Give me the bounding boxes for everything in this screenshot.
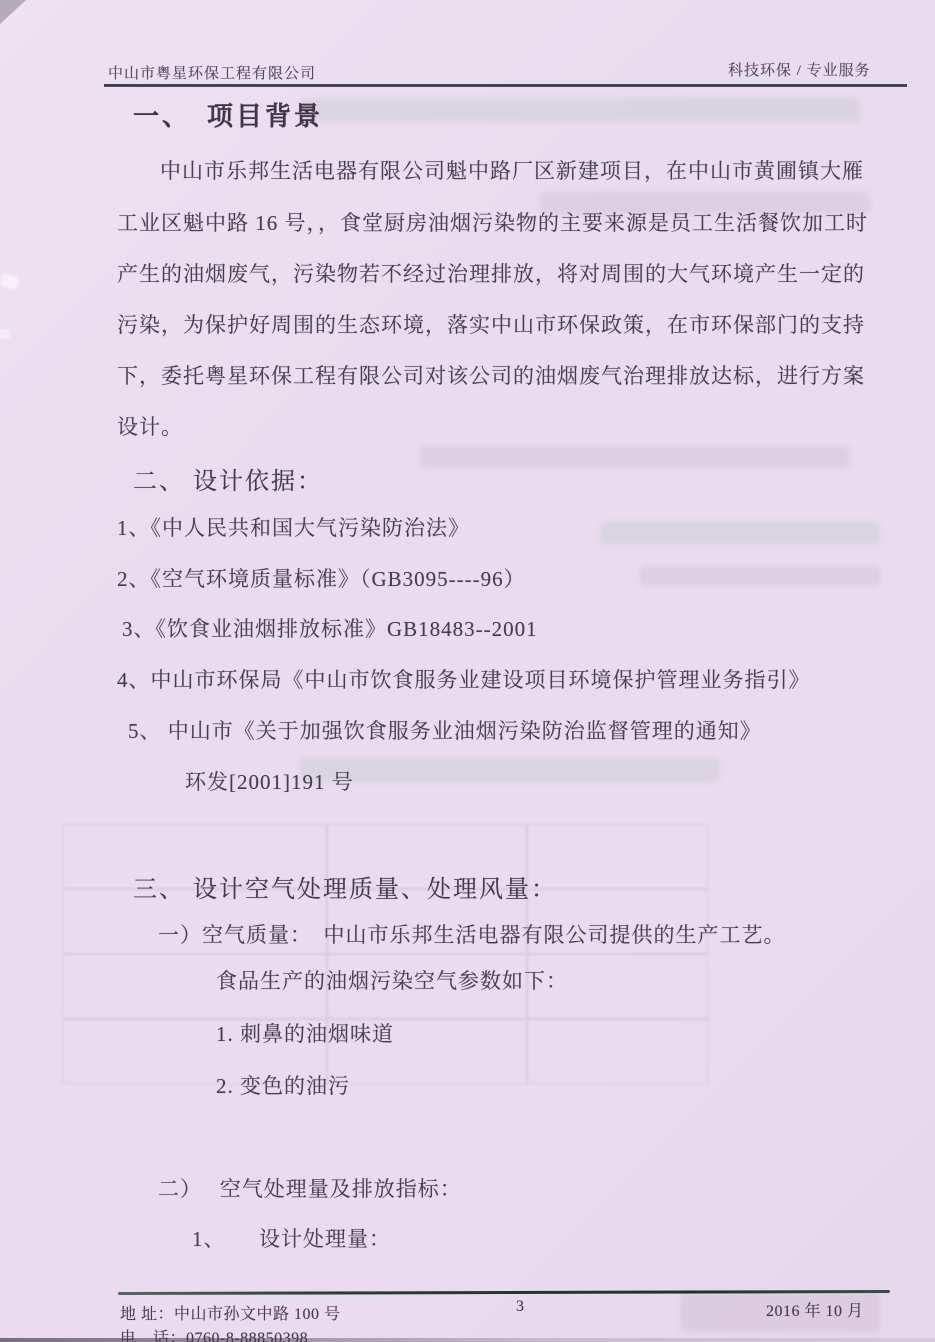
header-company: 中山市粤星环保工程有限公司: [108, 62, 316, 83]
section2-heading: 二、 设计依据：: [133, 461, 323, 496]
list-item: 1、《中人民共和国大气污染防治法》: [117, 512, 470, 542]
subsection-line: 一）空气质量： 中山市乐邦生活电器有限公司提供的生产工艺。: [158, 919, 786, 949]
section3-heading: 三、 设计空气处理质量、处理风量：: [133, 869, 557, 904]
scan-edge-mark: [0, 330, 9, 338]
scanned-document-page: 中山市粤星环保工程有限公司 科技环保 / 专业服务 一、 项目背景 中山市乐邦生…: [0, 0, 935, 1342]
page-number: 3: [516, 1298, 525, 1316]
section1-heading: 一、 项目背景: [133, 96, 323, 133]
paragraph-line: 下，委托粤星环保工程有限公司对该公司的油烟废气治理排放达标，进行方案: [117, 360, 865, 390]
bleedthrough-smudge: [640, 566, 880, 586]
header-divider: [104, 84, 907, 87]
subsection-line: 食品生产的油烟污染空气参数如下：: [216, 965, 568, 995]
header-tagline: 科技环保 / 专业服务: [728, 59, 871, 80]
bleedthrough-smudge: [600, 522, 880, 544]
paragraph-line: 污染，为保护好周围的生态环境，落实中山市环保政策，在市环保部门的支持: [117, 309, 865, 339]
footer-address: 地 址：中山市孙文中路 100 号: [120, 1301, 341, 1324]
paragraph-line: 中山市乐邦生活电器有限公司魁中路厂区新建项目，在中山市黄圃镇大雁: [160, 155, 864, 185]
bleedthrough-smudge: [300, 98, 860, 122]
list-item-continuation: 环发[2001]191 号: [185, 766, 354, 796]
scan-edge-mark: [1, 274, 19, 289]
list-item: 5、 中山市《关于加强饮食服务业油烟污染防治监督管理的通知》: [128, 715, 762, 745]
paragraph-line: 产生的油烟废气，污染物若不经过治理排放，将对周围的大气环境产生一定的: [117, 258, 865, 288]
footer-date: 2016 年 10 月: [766, 1298, 864, 1321]
list-item: 2. 变色的油污: [216, 1070, 350, 1100]
subsection-line: 1、 设计处理量：: [192, 1223, 391, 1253]
list-item: 4、中山市环保局《中山市饮食服务业建设项目环境保护管理业务指引》: [117, 664, 811, 694]
scan-corner-fold: [0, 0, 26, 24]
footer-phone: 电 话：0760-8-88850398: [120, 1325, 308, 1342]
subsection-line: 二） 空气处理量及排放指标：: [158, 1173, 462, 1203]
list-item: 1. 刺鼻的油烟味道: [216, 1018, 394, 1048]
list-item: 3、《饮食业油烟排放标准》GB18483--2001: [122, 613, 538, 643]
bleedthrough-smudge: [300, 758, 720, 782]
paragraph-line: 工业区魁中路 16 号，，食堂厨房油烟污染物的主要来源是员工生活餐饮加工时: [117, 207, 868, 237]
paragraph-line: 设计。: [117, 411, 183, 441]
bleedthrough-smudge: [420, 446, 850, 468]
list-item: 2、《空气环境质量标准》（GB3095----96）: [117, 563, 526, 593]
